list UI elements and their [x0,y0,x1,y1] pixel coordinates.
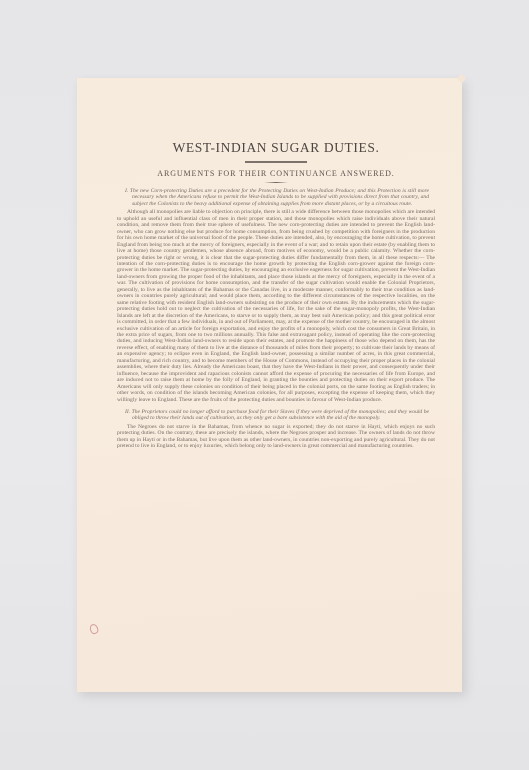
proposition-2: II. The Proprietors could no longer affo… [121,409,429,422]
ornament-divider [264,182,288,183]
paragraph-1: Although all monopolies are liable to ob… [117,209,435,403]
document-page: WEST-INDIAN SUGAR DUTIES. ARGUMENTS FOR … [77,78,462,692]
title-rule [245,161,307,163]
proposition-1: I. The new Corn-protecting Duties are a … [121,188,429,207]
document-body: I. The new Corn-protecting Duties are a … [117,188,435,450]
document-title: WEST-INDIAN SUGAR DUTIES. [117,140,435,156]
paragraph-2: The Negroes do not starve in the Bahamas… [117,424,435,450]
ink-stain [89,623,100,635]
document-subtitle: ARGUMENTS FOR THEIR CONTINUANCE ANSWERED… [117,169,435,179]
